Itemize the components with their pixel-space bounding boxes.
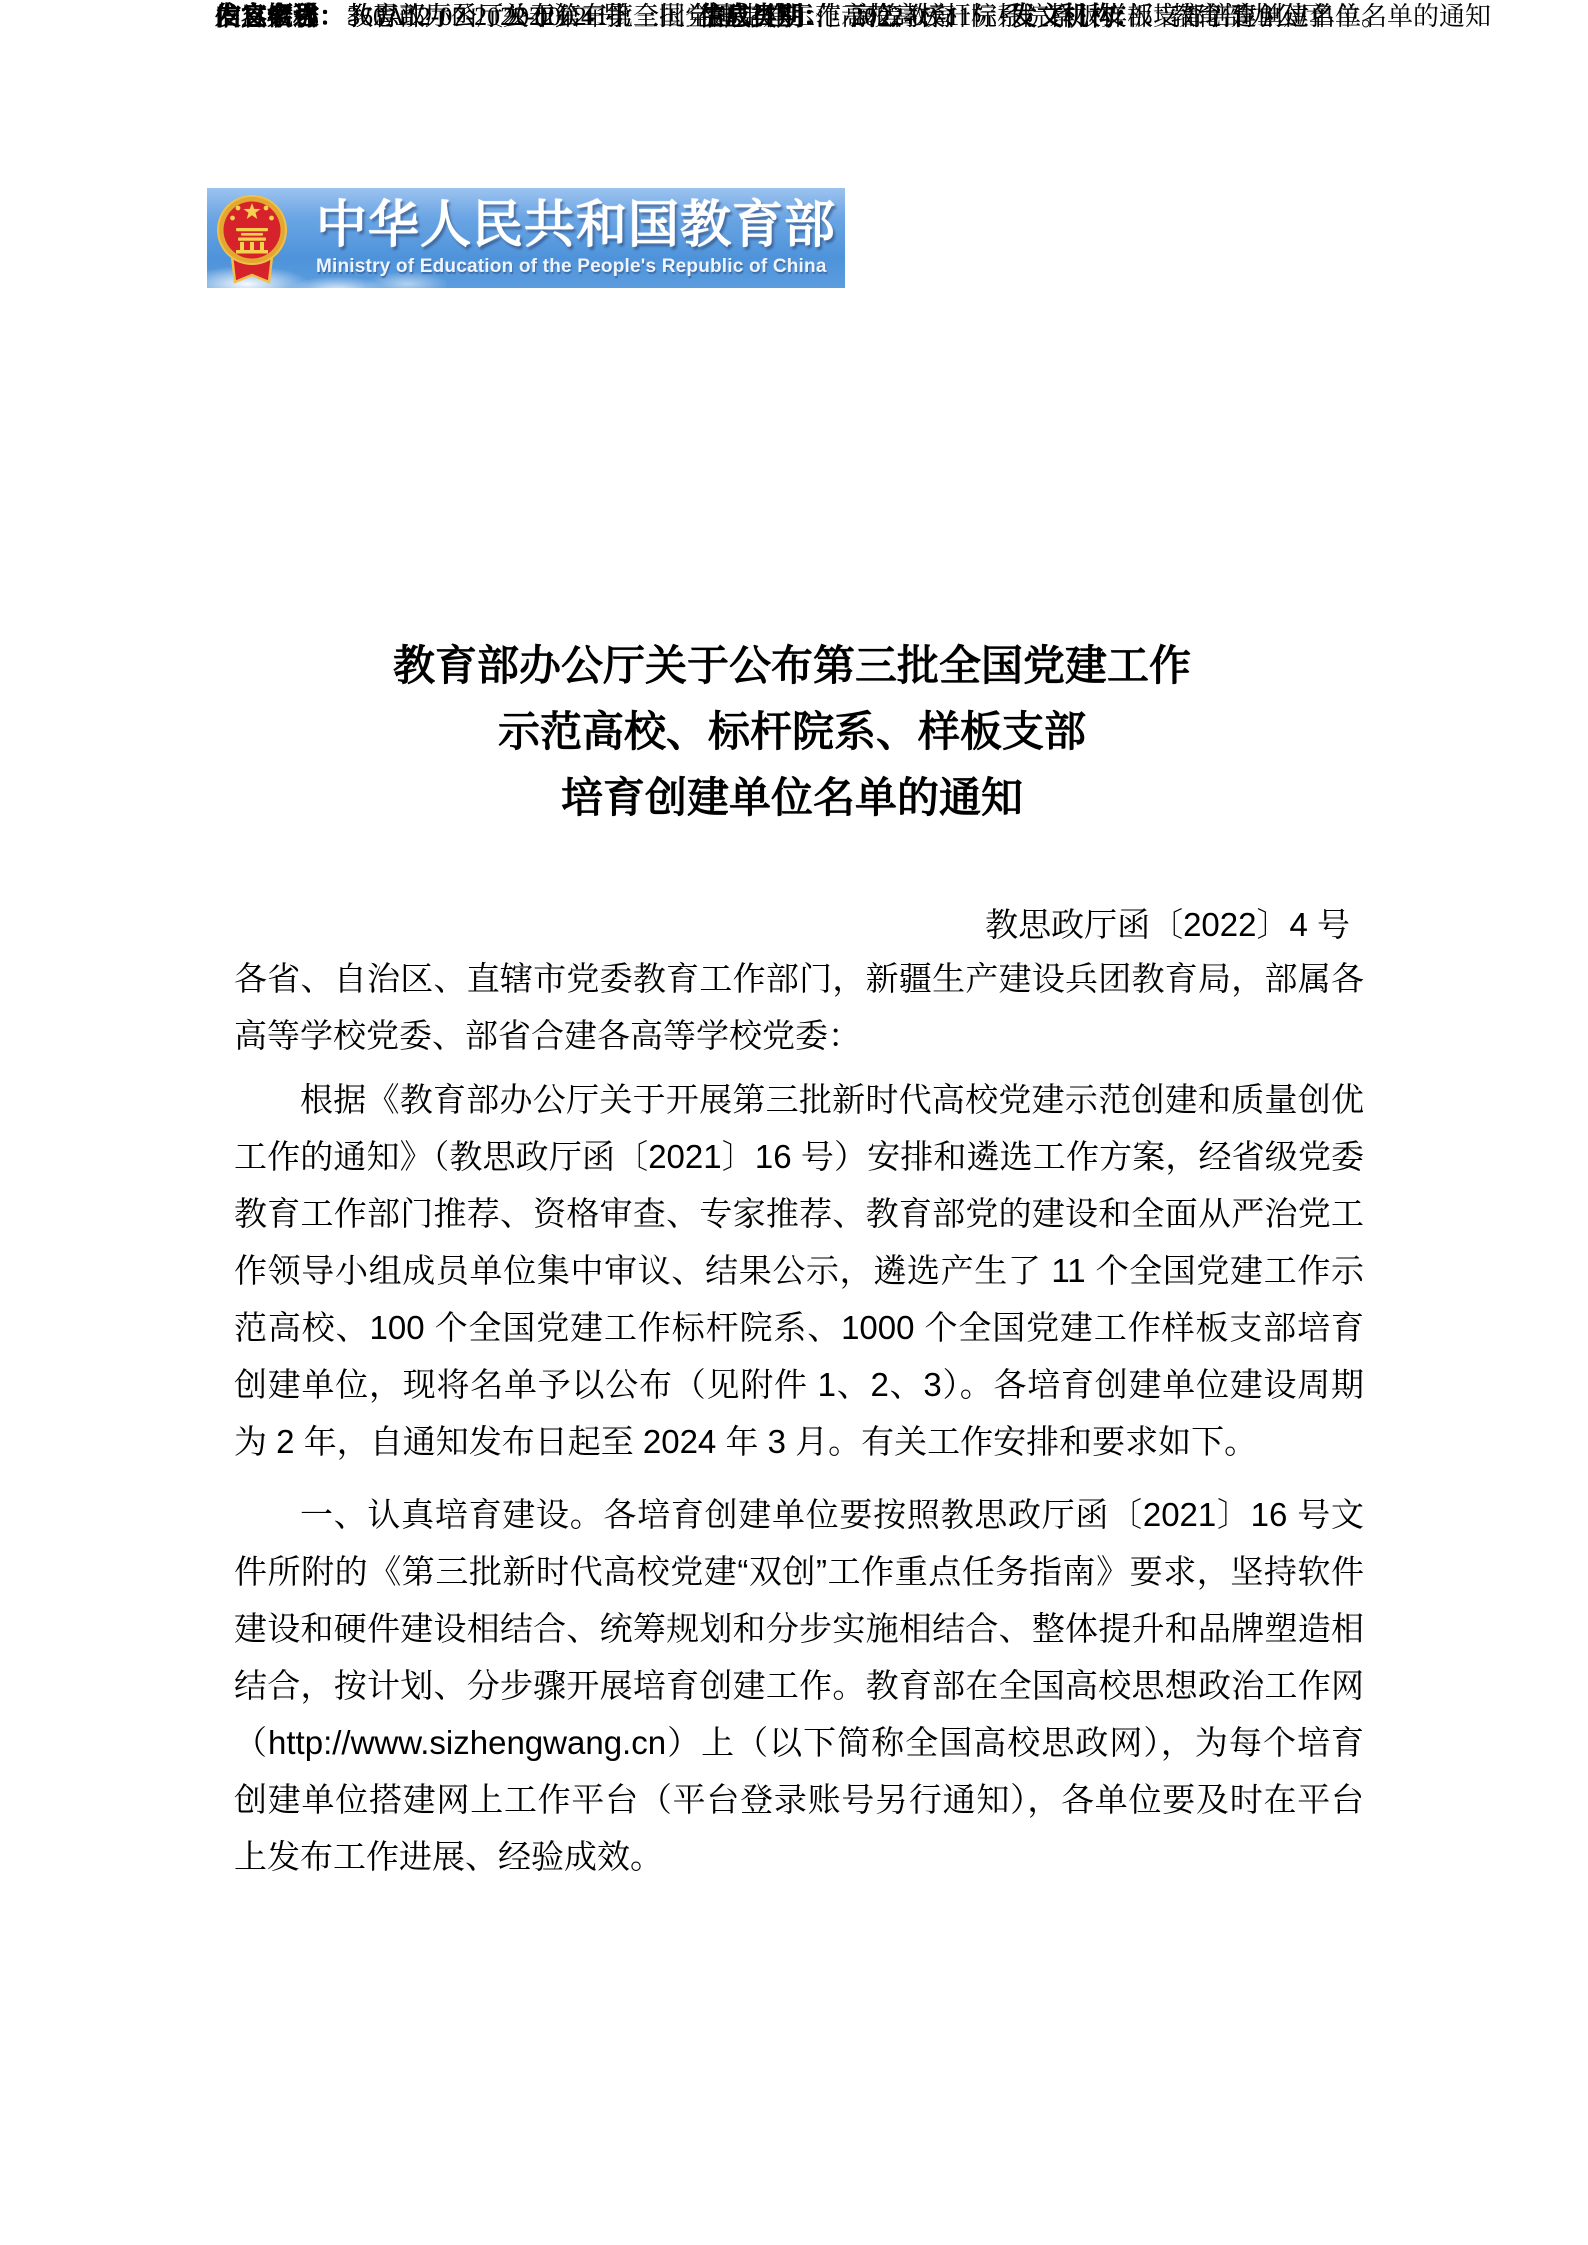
moe-banner: 中华人民共和国教育部 Ministry of Education of the … xyxy=(207,188,845,288)
body-paragraph-2: 一、认真培育建设。各培育创建单位要按照教思政厅函〔2021〕16 号文件所附的《… xyxy=(234,1486,1364,1885)
title-line-1: 教育部办公厅关于公布第三批全国党建工作 xyxy=(234,633,1350,699)
national-emblem-icon xyxy=(214,190,290,286)
ministry-name-en: Ministry of Education of the People's Re… xyxy=(316,256,836,278)
title-line-3: 培育创建单位名单的通知 xyxy=(234,765,1350,831)
document-number: 教思政厅函〔2022〕4 号 xyxy=(234,899,1350,946)
document-title: 教育部办公厅关于公布第三批全国党建工作 示范高校、标杆院系、样板支部 培育创建单… xyxy=(234,633,1350,831)
document-page: 中华人民共和国教育部 Ministry of Education of the … xyxy=(0,0,1588,2245)
meta-label-summary: 内容概述： xyxy=(215,0,345,34)
meta-value-summary: 教育部办公厅公布第三批全国党建工作示范高校、标杆院系、样板支部培育创建单位名单。 xyxy=(347,0,1387,34)
title-line-2: 示范高校、标杆院系、样板支部 xyxy=(234,699,1350,765)
ministry-name-cn: 中华人民共和国教育部 xyxy=(316,198,836,252)
document-body: 各省、自治区、直辖市党委教育工作部门，新疆生产建设兵团教育局，部属各高等学校党委… xyxy=(234,950,1364,1885)
body-paragraph-1: 根据《教育部办公厅关于开展第三批新时代高校党建示范创建和质量创优工作的通知》（教… xyxy=(234,1071,1364,1470)
salutation-paragraph: 各省、自治区、直辖市党委教育工作部门，新疆生产建设兵团教育局，部属各高等学校党委… xyxy=(234,950,1364,1064)
